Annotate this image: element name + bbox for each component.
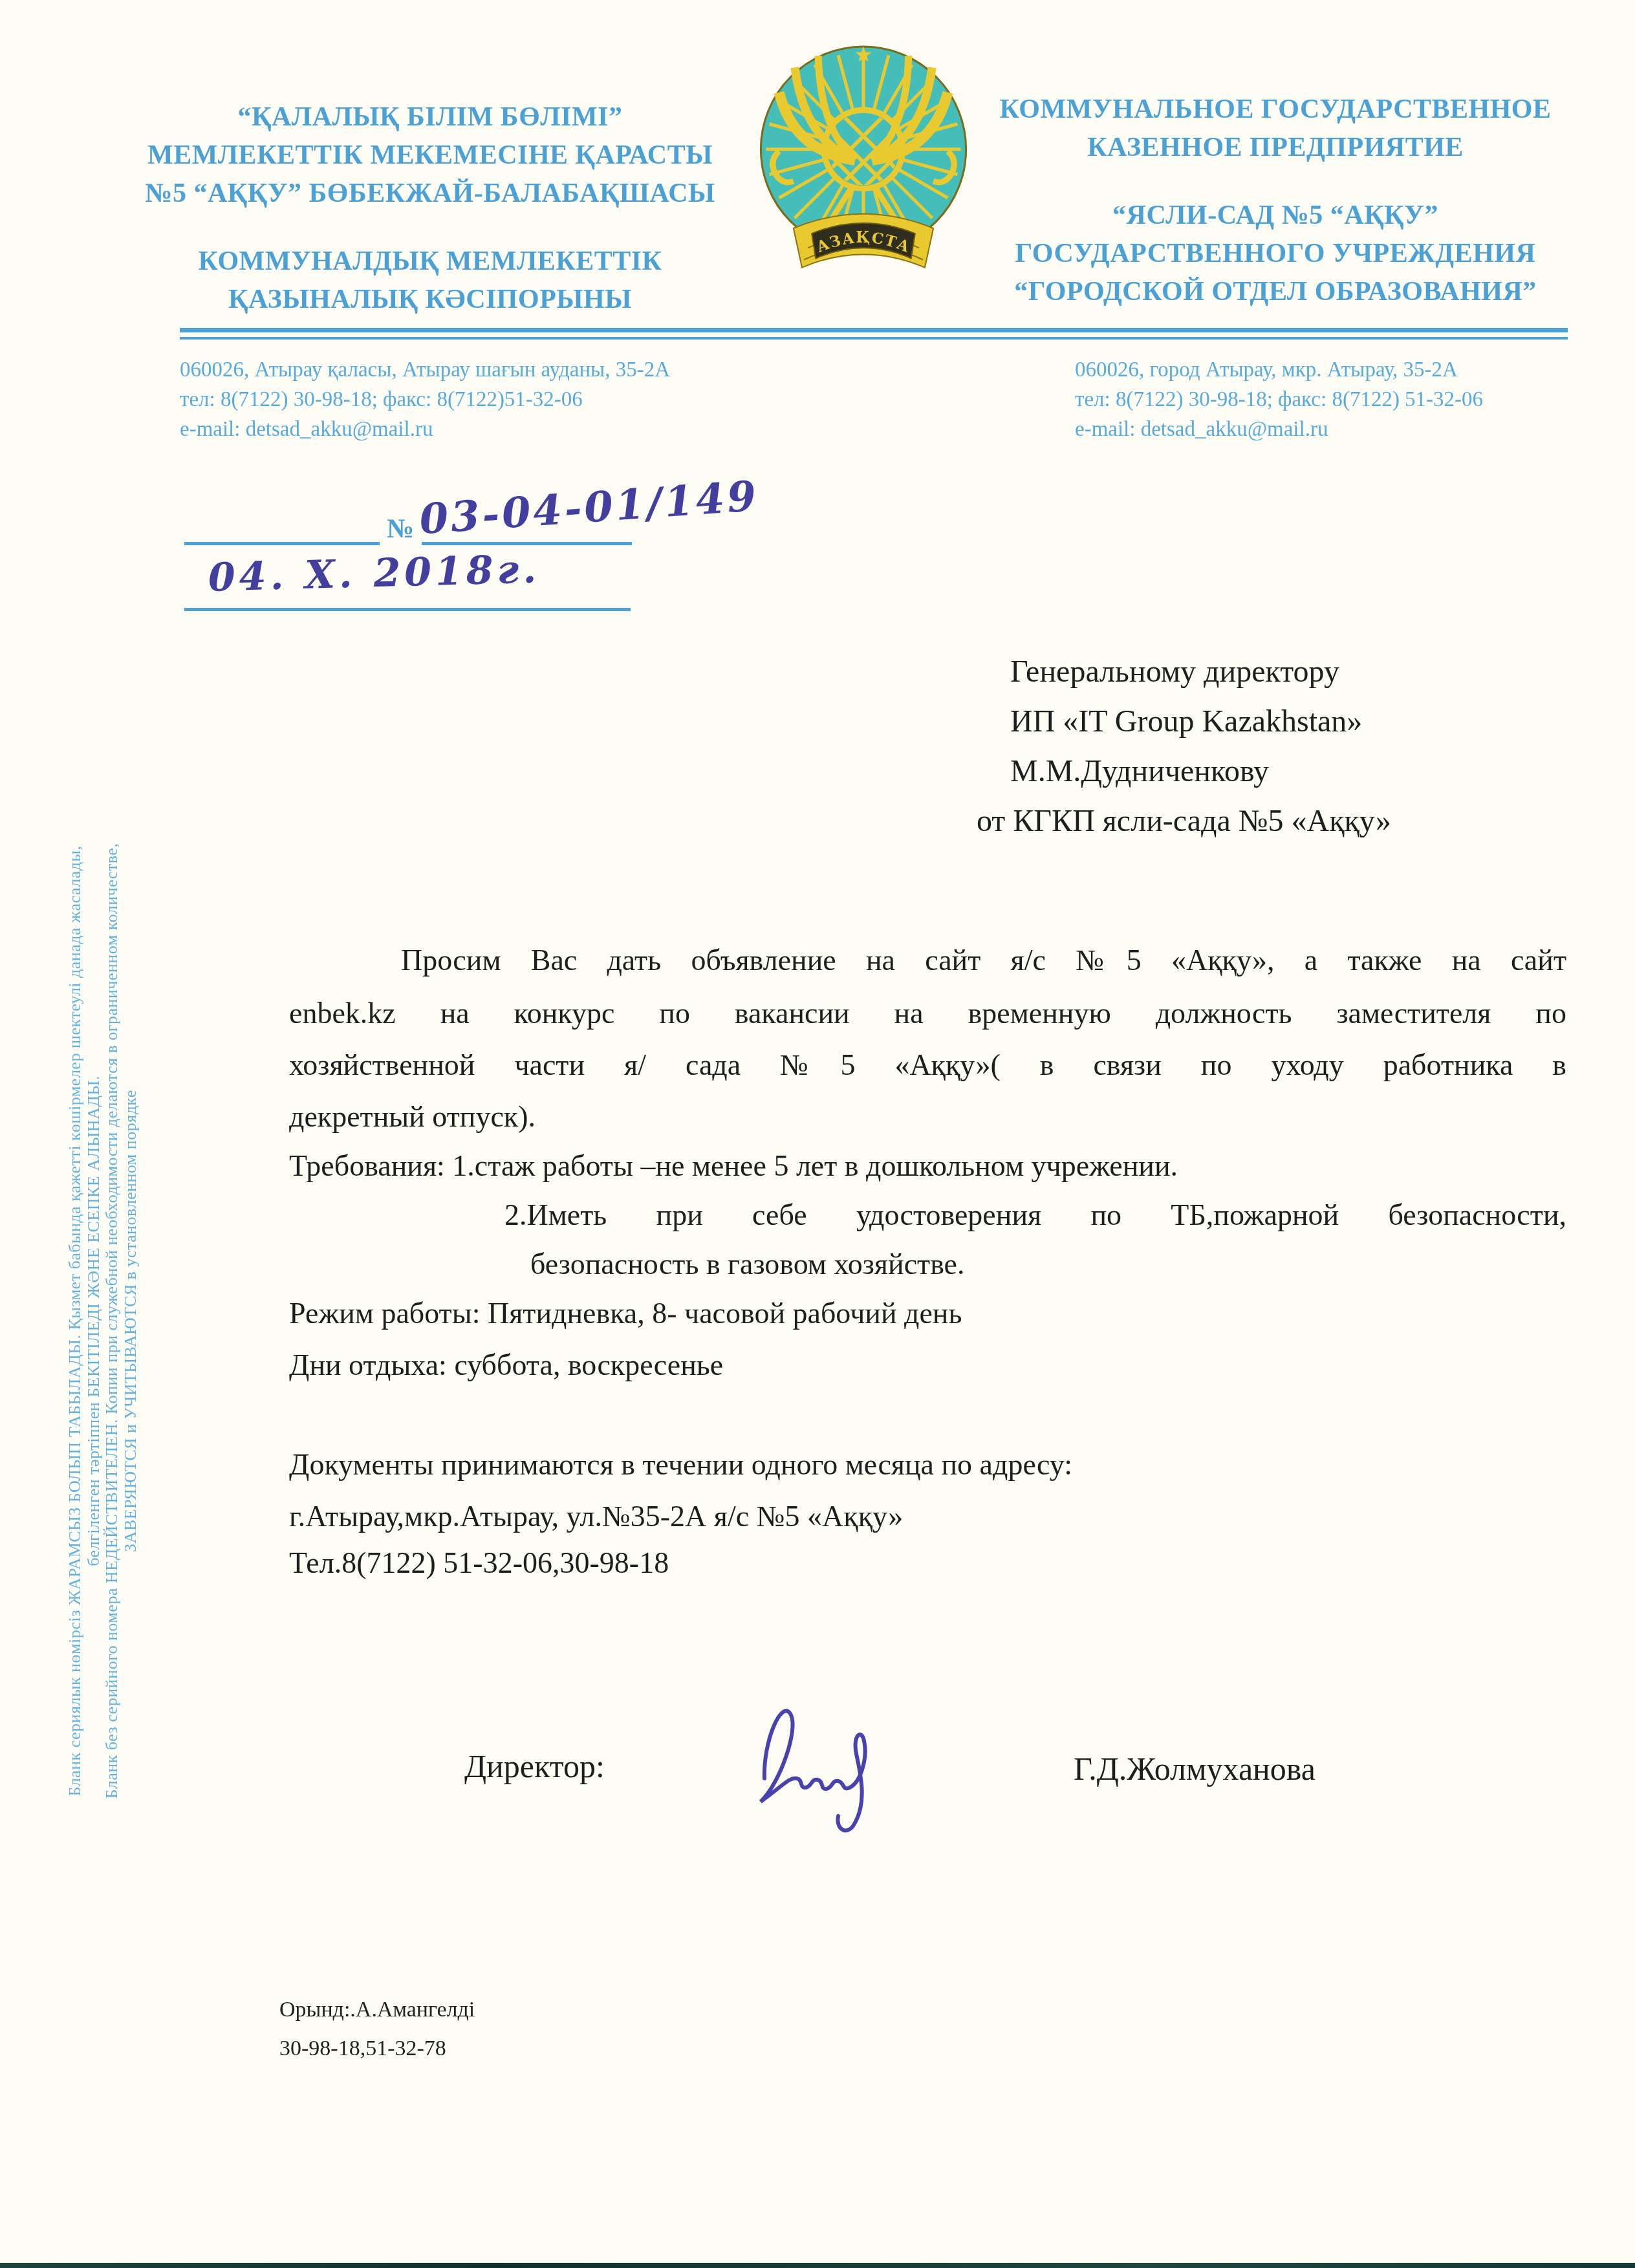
body-line: безопасность в газовом хозяйстве. — [530, 1247, 965, 1281]
address-line: e-mail: detsad_akku@mail.ru — [180, 415, 670, 444]
letterhead-right-line: “ЯСЛИ-САД №5 “АҚҚУ” — [978, 197, 1573, 235]
body-line: Дни отдыха: суббота, воскресенье — [289, 1348, 723, 1382]
recipient-line: Генеральному директору — [1010, 647, 1391, 697]
number-sign: № — [387, 513, 414, 545]
signature-title: Директор: — [464, 1747, 605, 1785]
letterhead-left-line: ҚАЗЫНАЛЫҚ КӘСІПОРЫНЫ — [139, 281, 721, 319]
reference-underline — [422, 542, 632, 545]
body-line: Документы принимаются в течении одного м… — [289, 1447, 1072, 1482]
body-line: декретный отпуск). — [289, 1099, 536, 1134]
letterhead-divider-thin — [180, 337, 1568, 340]
kazakhstan-coat-of-arms-icon: ҚАЗАҚСТАН — [755, 41, 971, 291]
body-line: Требования: 1.стаж работы –не менее 5 ле… — [289, 1149, 1178, 1183]
body-line: Тел.8(7122) 51-32-06,30-98-18 — [289, 1546, 669, 1580]
date-underline — [184, 608, 631, 611]
body-line: г.Атырау,мкр.Атырау, ул.№35-2А я/с №5 «А… — [289, 1499, 903, 1533]
executor-name: Орынд:.А.Амангелді — [279, 1991, 475, 2029]
side-note-line-kazakh-2: белгіленген тәртіппен БЕКІТІЛЕДІ ЖӘНЕ ЕС… — [84, 831, 103, 1811]
letterhead-right-line: КАЗЕННОЕ ПРЕДПРИЯТИЕ — [978, 129, 1573, 167]
letterhead-left-line: №5 “АҚҚУ” БӨБЕКЖАЙ-БАЛАБАҚШАСЫ — [139, 175, 721, 213]
letterhead-left: “ҚАЛАЛЫҚ БІЛІМ БӨЛІМІ” МЕМЛЕКЕТТІК МЕКЕМ… — [139, 98, 721, 319]
address-line: тел: 8(7122) 30-98-18; факс: 8(7122) 51-… — [1075, 385, 1483, 415]
address-block-kazakh: 060026, Атырау қаласы, Атырау шағын ауда… — [180, 355, 670, 444]
handwritten-date: 04. Х. 2018г. — [208, 546, 541, 600]
recipient-line: М.М.Дудниченкову — [1010, 746, 1391, 796]
letterhead-left-line: “ҚАЛАЛЫҚ БІЛІМ БӨЛІМІ” — [139, 98, 721, 136]
letterhead-left-line: МЕМЛЕКЕТТІК МЕКЕМЕСІНЕ ҚАРАСТЫ — [139, 136, 721, 175]
body-line: хозяйственной части я/ сада №5 «Аққу»( в… — [289, 1048, 1566, 1082]
body-line: Просим Вас дать объявление на сайт я/с №… — [401, 943, 1566, 977]
side-note-line-russian-2: ЗАВЕРЯЮТСЯ и УЧИТЫВАЮТСЯ в установленном… — [121, 831, 140, 1811]
address-line: 060026, Атырау қаласы, Атырау шағын ауда… — [180, 355, 670, 385]
letterhead-left-line: КОММУНАЛДЫҚ МЕМЛЕКЕТТІК — [139, 243, 721, 281]
executor-phones: 30-98-18,51-32-78 — [279, 2029, 475, 2068]
address-block-russian: 060026, город Атырау, мкр. Атырау, 35-2А… — [1075, 355, 1483, 444]
letterhead-divider-thick — [180, 328, 1568, 332]
scanner-edge-artifact — [0, 2263, 1635, 2268]
executor-block: Орынд:.А.Амангелді 30-98-18,51-32-78 — [279, 1991, 475, 2068]
recipient-block: Генеральному директору ИП «IT Group Kaza… — [1010, 647, 1391, 846]
body-line: 2.Иметь при себе удостоверения по ТБ,пож… — [504, 1198, 1566, 1232]
recipient-line: от КГКП ясли-сада №5 «Аққу» — [977, 796, 1391, 846]
body-line: Режим работы: Пятидневка, 8- часовой раб… — [289, 1296, 962, 1330]
recipient-line: ИП «IT Group Kazakhstan» — [1010, 697, 1391, 746]
letterhead-right-line: КОММУНАЛЬНОЕ ГОСУДАРСТВЕННОЕ — [978, 91, 1573, 129]
side-note-line-russian-1: Бланк без серийного номера НЕДЕЙСТВИТЕЛЕ… — [102, 831, 122, 1811]
scanned-letter-page: Бланк сериялык нөмірсіз ЖАРАМСЫЗ БОЛЫП Т… — [0, 0, 1635, 2268]
reference-underline — [184, 542, 380, 545]
address-line: e-mail: detsad_akku@mail.ru — [1075, 415, 1483, 444]
signatory-name: Г.Д.Жолмуханова — [1074, 1750, 1316, 1787]
side-note-line-kazakh-1: Бланк сериялык нөмірсіз ЖАРАМСЫЗ БОЛЫП Т… — [65, 831, 85, 1811]
letterhead-right-line: ГОСУДАРСТВЕННОГО УЧРЕЖДЕНИЯ — [978, 235, 1573, 273]
body-line: enbek.kz на конкурс по вакансии на време… — [289, 996, 1566, 1030]
handwritten-reference-number: 03-04-01/149 — [418, 472, 760, 544]
address-line: тел: 8(7122) 30-98-18; факс: 8(7122)51-3… — [180, 385, 670, 415]
letterhead-right: КОММУНАЛЬНОЕ ГОСУДАРСТВЕННОЕ КАЗЕННОЕ ПР… — [978, 91, 1573, 311]
handwritten-signature — [724, 1681, 938, 1843]
address-line: 060026, город Атырау, мкр. Атырау, 35-2А — [1075, 355, 1483, 385]
letterhead-right-line: “ГОРОДСКОЙ ОТДЕЛ ОБРАЗОВАНИЯ” — [978, 273, 1573, 311]
